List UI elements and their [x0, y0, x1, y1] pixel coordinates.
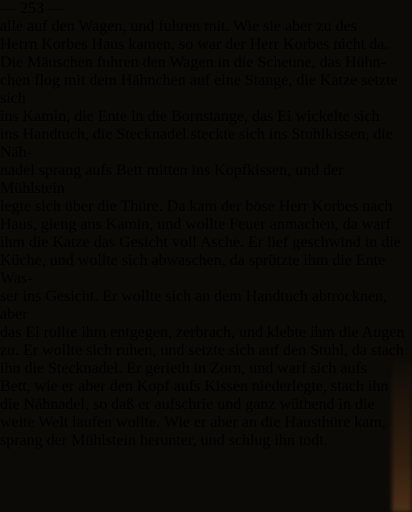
text-line: ins Kamin, die Ente in die Bornstange, d…	[0, 108, 412, 126]
text-line: chen flog mit dem Hähnchen auf eine Stan…	[0, 72, 412, 108]
text-line: ser ins Gesicht. Er wollte sich an dem H…	[0, 288, 412, 324]
text-line: Die Mäuschen fuhren den Wagen in die Sch…	[0, 54, 412, 72]
text-line: das Ei rollte ihm entgegen, zerbrach, un…	[0, 324, 412, 342]
text-line: die Nähnadel, so daß er aufschrie und ga…	[0, 396, 412, 414]
text-line: ins Handtuch, die Stecknadel steckte sic…	[0, 126, 412, 162]
text-line: Herrn Korbes Haus kamen, so war der Herr…	[0, 36, 412, 54]
book-page: — 253 — alle auf den Wagen, und fuhren m…	[0, 0, 412, 450]
text-line: ihn die Stecknadel. Er gerieth in Zorn, …	[0, 360, 412, 378]
text-line: Haus, gieng ans Kamin, und wollte Feuer …	[0, 216, 412, 234]
page-body-text: alle auf den Wagen, und fuhren mit. Wie …	[0, 18, 412, 450]
text-line: legte sich über die Thüre. Da kam der bö…	[0, 198, 412, 216]
text-line: sprang der Mühlstein herunter, und schlu…	[0, 432, 412, 450]
text-line: Bett, wie er aber den Kopf aufs Kissen n…	[0, 378, 412, 396]
text-line: ihm die Katze das Gesicht voll Asche. Er…	[0, 234, 412, 252]
header-dash-right: —	[48, 0, 64, 17]
text-line: nadel sprang aufs Bett mitten ins Kopfki…	[0, 162, 412, 198]
text-line: alle auf den Wagen, und fuhren mit. Wie …	[0, 18, 412, 36]
running-header: — 253 —	[0, 0, 412, 18]
text-line: weite Welt laufen wollte. Wie er aber an…	[0, 414, 412, 432]
book-scan-viewport: — 253 — alle auf den Wagen, und fuhren m…	[0, 0, 412, 512]
left-page-edge	[2, 0, 13, 512]
text-line: Küche, und wollte sich abwaschen, da spr…	[0, 252, 412, 288]
page-number: 253	[20, 0, 44, 17]
text-line: zu. Er wollte sich ruhen, und setzte sic…	[0, 342, 412, 360]
